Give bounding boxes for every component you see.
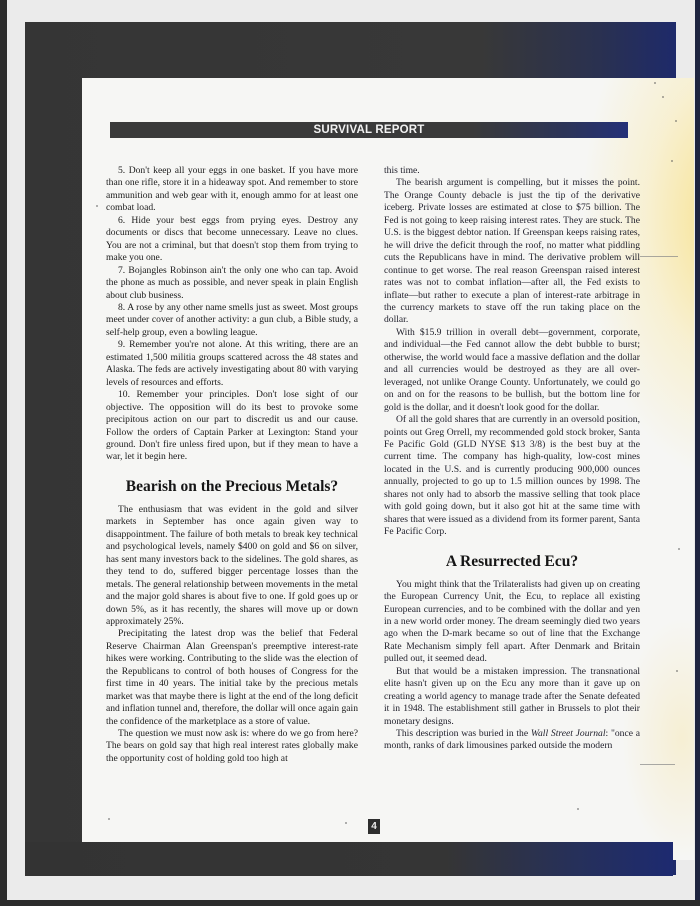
section-title: SURVIVAL REPORT: [314, 124, 425, 136]
paragraph-wsj: This description was buried in the Wall …: [384, 728, 640, 753]
text-before: This description was buried in the: [396, 728, 531, 739]
scan-mark: [640, 256, 678, 257]
list-item-5: 5. Don't keep all your eggs in one baske…: [106, 165, 358, 215]
scan-speck: [96, 205, 98, 207]
list-item-7: 7. Bojangles Robinson ain't the only one…: [106, 265, 358, 302]
scan-speck: [676, 670, 678, 672]
scan-speck: [678, 548, 680, 550]
scan-speck: [662, 96, 664, 98]
paragraph: Of all the gold shares that are currentl…: [384, 414, 640, 539]
scan-edge-bottom: [0, 900, 700, 906]
right-column: this time. The bearish argument is compe…: [384, 165, 640, 753]
scan-mark: [640, 764, 675, 765]
list-item-6: 6. Hide your best eggs from prying eyes.…: [106, 215, 358, 265]
left-column: 5. Don't keep all your eggs in one baske…: [106, 165, 358, 765]
page-number: 4: [368, 819, 380, 834]
scan-speck: [577, 808, 579, 810]
scan-speck: [345, 822, 347, 824]
publication-name: Wall Street Journal: [531, 728, 606, 739]
paragraph: The bearish argument is compelling, but …: [384, 177, 640, 326]
headline-resurrected-ecu: A Resurrected Ecu?: [384, 553, 640, 571]
paragraph: But that would be a mistaken impression.…: [384, 666, 640, 728]
scan-speck: [654, 82, 656, 84]
list-item-10: 10. Remember your principles. Don't lose…: [106, 389, 358, 464]
section-title-bar: SURVIVAL REPORT: [110, 122, 628, 138]
paragraph: With $15.9 trillion in overall debt—gove…: [384, 327, 640, 414]
scan-edge-left: [0, 0, 7, 906]
scan-edge-right: [695, 0, 700, 906]
list-item-9: 9. Remember you're not alone. At this wr…: [106, 339, 358, 389]
paragraph: The enthusiasm that was evident in the g…: [106, 504, 358, 629]
paragraph: You might think that the Trilateralists …: [384, 579, 640, 666]
scan-speck: [675, 120, 677, 122]
headline-precious-metals: Bearish on the Precious Metals?: [106, 478, 358, 496]
bottom-band: [25, 842, 673, 876]
paragraph: The question we must now ask is: where d…: [106, 728, 358, 765]
continuation-text: this time.: [384, 165, 640, 177]
scan-speck: [671, 160, 673, 162]
scan-speck: [108, 818, 110, 820]
list-item-8: 8. A rose by any other name smells just …: [106, 302, 358, 339]
paragraph: Precipitating the latest drop was the be…: [106, 628, 358, 728]
